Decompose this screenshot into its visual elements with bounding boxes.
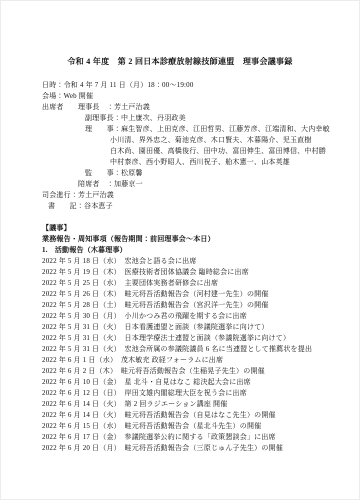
activity-line: 2022 年 5 月 26 日（木） 畦元将吾活動報告会（河村建一先生）の開催 — [42, 289, 350, 300]
info-line: 出席者 理事長 ：芳土戸治義 — [42, 102, 350, 113]
activity-line: 2022 年 6 月 15 日（水） 畦元将吾活動報告会（星北斗先生）の開催 — [42, 421, 350, 432]
activity-line: 2022 年 5 月 28 日（土） 畦元将吾活動報告会（宮沢洋一先生）の開催 — [42, 300, 350, 311]
activity-section-title: 1. 活動報告（木暮理事） — [42, 245, 350, 256]
activity-line: 2022 年 5 月 31 日（火） 宏池会所属の参議院議員 6 名に当連盟とし… — [42, 344, 350, 355]
activity-line: 2022 年 6 月 10 日（金） 星 北斗・自見はなこ 総決起大会に出席 — [42, 377, 350, 388]
agenda-heading: 【議事】 — [42, 223, 350, 234]
page-title: 令和 4 年度 第 2 回日本診療放射線技師連盟 理事会議事録 — [0, 0, 360, 67]
info-line: 陪席者 ：加藤京一 — [78, 179, 350, 190]
info-line: 監 事：松原馨 — [85, 168, 350, 179]
activity-line: 2022 年 6 月 12 日（日） 岸田文雄内閣総理大臣を祝う会に出席 — [42, 388, 350, 399]
section-divider-space — [42, 212, 350, 223]
activity-line: 2022 年 5 月 31 日（火） 日本理学療法士連盟と面談（参議院選挙に向け… — [42, 333, 350, 344]
info-line: 日時：令和 4 年 7 月 11 日（月）18：00～19:00 — [42, 80, 350, 91]
activity-line: 2022 年 5 月 25 日（水） 主要団体実務者研修会に出席 — [42, 278, 350, 289]
report-section-title: 業務報告・周知事項（報告期間：前回理事会～本日） — [42, 234, 350, 245]
document-body: 日時：令和 4 年 7 月 11 日（月）18：00～19:00 会場：Web … — [42, 80, 350, 454]
activity-line: 2022 年 6 月 14 日（火） 第 2 回ラジエーション講座 開催 — [42, 399, 350, 410]
info-line: 中村泰彦、西小野昭人、西川祝子、船木憲一、山本英雄 — [110, 157, 350, 168]
info-line: 会場：Web 開催 — [42, 91, 350, 102]
info-line: 副理事長：中上康次、丹羽政美 — [85, 113, 350, 124]
info-line: 小川清、界外忠之、菊池克彦、木口賢夫、木暮陽介、児玉直樹 — [110, 135, 350, 146]
info-line: 司会進行：芳土戸治義 — [42, 190, 350, 201]
activity-line: 2022 年 6 月 2 日（木） 畦元将吾活動報告会（生稲晃子先生）の開催 — [42, 366, 350, 377]
activity-line: 2022 年 6 月 20 日（月） 畦元将吾活動報告会（三原じゅん子先生）の開… — [42, 443, 350, 454]
info-line: 理 事：麻生智彦、上田克彦、江田哲男、江藤芳彦、江端清和、大内幸敏 — [85, 124, 350, 135]
activity-list: 2022 年 5 月 18 日（水） 宏池会と語る会に出席 2022 年 5 月… — [42, 256, 350, 454]
meeting-info-list: 日時：令和 4 年 7 月 11 日（月）18：00～19:00 会場：Web … — [42, 80, 350, 212]
info-line: 書 記：谷本恵子 — [48, 201, 350, 212]
activity-line: 2022 年 6 月 17 日（金） 参議院選挙公約に関する「政策懇談会」に出席 — [42, 432, 350, 443]
activity-line: 2022 年 5 月 19 日（木） 医療技術者団体協議会 臨時総会に出席 — [42, 267, 350, 278]
document-page: 令和 4 年度 第 2 回日本診療放射線技師連盟 理事会議事録 日時：令和 4 … — [0, 0, 360, 500]
activity-line: 2022 年 6 月 14 日（火） 畦元将吾活動報告会（自見はなこ先生）の開催 — [42, 410, 350, 421]
activity-line: 2022 年 5 月 30 日（月） 小川かつみ君の飛躍を期する会に出席 — [42, 311, 350, 322]
activity-line: 2022 年 6 月 1 日（水） 茂木敏充 政経フォーラムに出席 — [42, 355, 350, 366]
activity-line: 2022 年 5 月 31 日（火） 日本看護連盟と面談（参議院選挙に向けて） — [42, 322, 350, 333]
info-line: 白木尚、園田優、高橋俊行、田中功、富田伸生、富田博信、中村勝 — [110, 146, 350, 157]
activity-line: 2022 年 5 月 18 日（水） 宏池会と語る会に出席 — [42, 256, 350, 267]
